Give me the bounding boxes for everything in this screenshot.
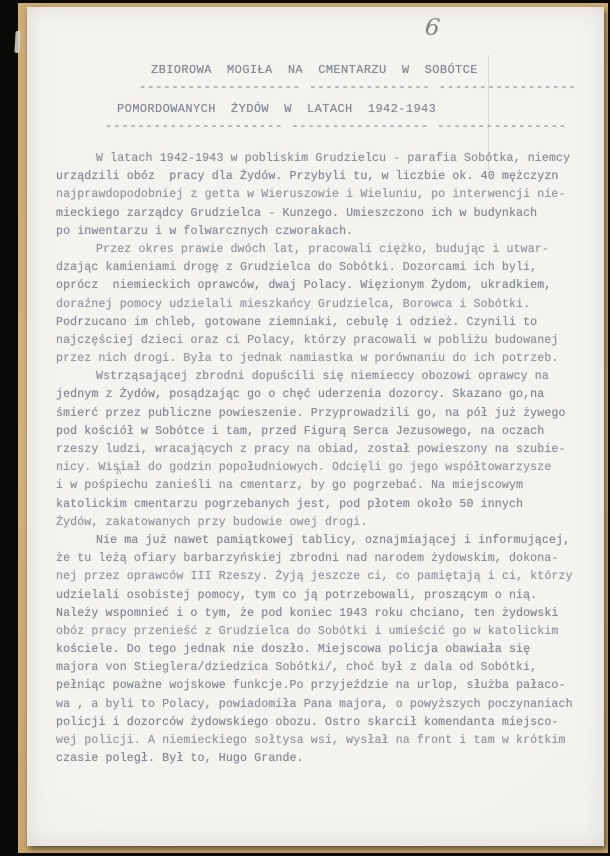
text-line: przez nich drogi. Była to jednak namiast… — [56, 350, 586, 368]
text-line: że tu leżą ofiary barbarzyńskiej zbrodni… — [56, 550, 586, 568]
text-line: rzeszy ludzi, wracających z pracy na obi… — [56, 441, 586, 459]
text-line: katolickim cmentarzu pogrzebanych jest, … — [56, 496, 586, 514]
text-line: Przez okres prawie dwóch lat, pracowali … — [56, 241, 586, 259]
text-line: urządzili obóz pracy dla Żydów. Przybyli… — [56, 168, 586, 186]
text-line: i w pośpiechu zanieśli na cmentarz, by g… — [56, 477, 586, 495]
text-line: najprawdopodobniej z getta w Wieruszowie… — [56, 186, 586, 204]
text-line: czasie poległ. Był to, Hugo Grande. — [56, 750, 586, 768]
text-line: nej przez oprawców III Rzeszy. Żyją jesz… — [56, 568, 586, 586]
text-line: Podrzucano im chleb, gotowane ziemniaki,… — [56, 314, 586, 332]
text-line: Wstrząsającej zbrodni dopuścili się niem… — [56, 368, 586, 386]
title-line-2: POMORDOWANYCH ŻYDÓW W LATACH 1942-1943 — [117, 102, 436, 116]
document-body: W latach 1942-1943 w pobliskim Grudzielc… — [56, 150, 586, 768]
text-line: obóz pracy przenieść z Grudzielca do Sob… — [56, 623, 586, 641]
text-line: dzając kamieniami drogę z Grudzielca do … — [56, 259, 586, 277]
text-line: wa , a byli to Polacy, powiadomiła Pana … — [56, 696, 586, 714]
text-line: udzielali osobistej pomocy, tym co ją po… — [56, 587, 586, 605]
scanned-document-page: 6 ZBIOROWA MOGIŁA NA CMENTARZU W SOBÓTCE… — [0, 0, 610, 856]
text-line: pełniąc poważne wojskowe funkcje.Po przy… — [56, 677, 586, 695]
text-line: wej policji. A niemieckiego sołtysa wsi,… — [56, 732, 586, 750]
page-number-handwritten: 6 — [423, 14, 441, 42]
text-line: Żydów, zakatowanych przy budowie owej dr… — [56, 514, 586, 532]
text-line: jednym z Żydów, posądzając go o chęć ude… — [56, 386, 586, 404]
paper-sheet: 6 ZBIOROWA MOGIŁA NA CMENTARZU W SOBÓTCE… — [27, 7, 604, 846]
text-line: Należy wspomnieć i o tym, że pod koniec … — [56, 605, 586, 623]
text-line: policji i dozorców żydowskiego obozu. Os… — [56, 714, 586, 732]
text-line: pod kościół w Sobótce i tam, przed Figur… — [56, 423, 586, 441]
text-line: oprócz niemieckich oprawców, dwaj Polacy… — [56, 277, 586, 295]
text-line: mieckiego zarządcy Grudzielca - Kunzego.… — [56, 205, 586, 223]
title-underline-1: -------------------- --------------- ---… — [139, 80, 576, 94]
text-line: nicy. Wisiał do godzin popołudniowych. O… — [56, 459, 586, 477]
text-line: doraźnej pomocy udzielali mieszkańcy Gru… — [56, 296, 586, 314]
text-line: Nie ma już nawet pamiątkowej tablicy, oz… — [56, 532, 586, 550]
title-underline-2: ---------------------- -----------------… — [105, 119, 567, 133]
text-line: po inwentarzu i w folwarcznych czworakac… — [56, 223, 586, 241]
text-line: śmierć przez publiczne powieszenie. Przy… — [56, 405, 586, 423]
pencil-insertion-mark: ∧ — [114, 466, 122, 478]
text-line: majora von Stieglera/dziedzica Sobótki/,… — [56, 659, 586, 677]
text-line: W latach 1942-1943 w pobliskim Grudzielc… — [56, 150, 586, 168]
title-line-1: ZBIOROWA MOGIŁA NA CMENTARZU W SOBÓTCE — [151, 63, 478, 77]
text-line: najczęściej dzieci oraz ci Polacy, którz… — [56, 332, 586, 350]
text-line: kościele. Do tego jednak nie doszło. Mie… — [56, 641, 586, 659]
